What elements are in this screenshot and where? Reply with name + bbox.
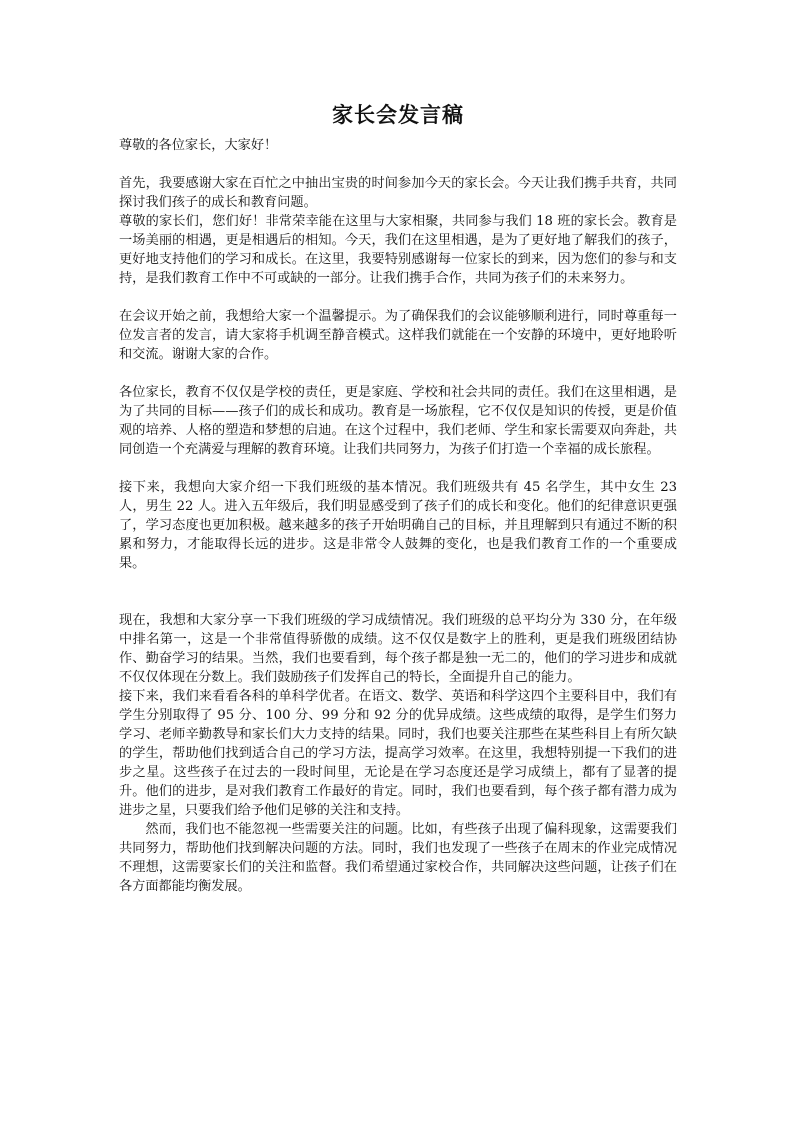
spacer <box>119 573 677 611</box>
greeting: 尊敬的各位家长，大家好！ <box>119 136 677 155</box>
paragraph-responsibility: 各位家长，教育不仅仅是学校的责任，更是家庭、学校和社会共同的责任。我们在这里相遇… <box>119 383 677 459</box>
paragraph-intro: 首先，我要感谢大家在百忙之中抽出宝贵的时间参加今天的家长会。今天让我们携手共育，… <box>119 174 677 212</box>
spacer <box>119 364 677 383</box>
paragraph-issues: 然而，我们也不能忽视一些需要关注的问题。比如，有些孩子出现了偏科现象，这需要我们… <box>119 820 677 896</box>
paragraph-class-info: 接下来，我想向大家介绍一下我们班级的基本情况。我们班级共有 45 名学生，其中女… <box>119 478 677 573</box>
paragraph-subjects: 接下来，我们来看看各科的单科学优者。在语文、数学、英语和科学这四个主要科目中，我… <box>119 687 677 820</box>
spacer <box>119 459 677 478</box>
paragraph-welcome: 尊敬的家长们，您们好！非常荣幸能在这里与大家相聚，共同参与我们 18 班的家长会… <box>119 212 677 288</box>
document-title: 家长会发言稿 <box>119 100 677 130</box>
spacer <box>119 155 677 174</box>
document-page: 家长会发言稿 尊敬的各位家长，大家好！ 首先，我要感谢大家在百忙之中抽出宝贵的时… <box>119 100 677 896</box>
paragraph-reminder: 在会议开始之前，我想给大家一个温馨提示。为了确保我们的会议能够顺利进行，同时尊重… <box>119 307 677 364</box>
spacer <box>119 288 677 307</box>
paragraph-scores: 现在，我想和大家分享一下我们班级的学习成绩情况。我们班级的总平均分为 330 分… <box>119 611 677 687</box>
